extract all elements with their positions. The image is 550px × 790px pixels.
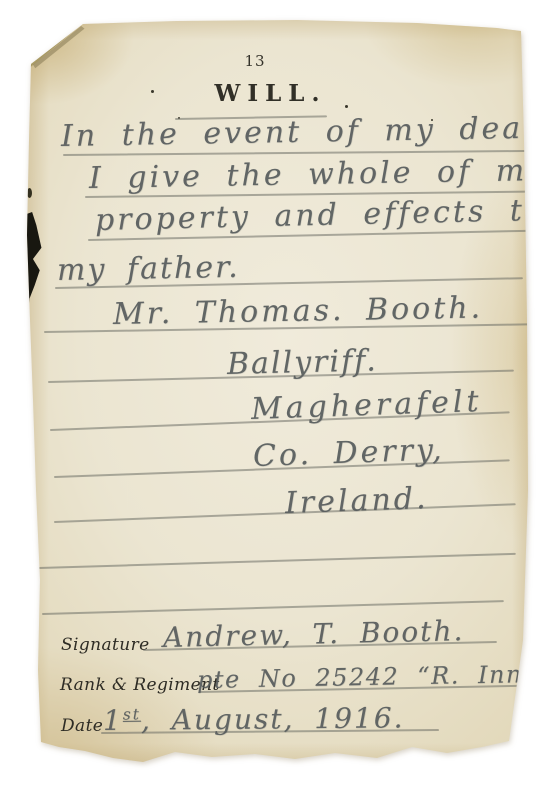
- scan-background: 13 WILL. In the event of my death I give…: [0, 0, 550, 790]
- signature-value: Andrew, T. Booth.: [163, 614, 465, 654]
- edge-nick: [28, 418, 32, 424]
- date-label: Date: [61, 716, 103, 736]
- date-value: 1st, August, 1916.: [103, 701, 405, 737]
- will-page-wrap: 13 WILL. In the event of my death I give…: [27, 20, 528, 767]
- will-line-9: Ireland.: [284, 481, 429, 521]
- rank-regiment-label: Rank & Regiment: [60, 675, 220, 695]
- will-line-5: Mr. Thomas. Booth.: [113, 291, 484, 332]
- ruled-line: [38, 553, 516, 569]
- will-line-4: my father.: [57, 250, 240, 288]
- signature-label: Signature: [61, 635, 150, 655]
- date-day: 1: [103, 704, 123, 737]
- will-line-6: Ballyriff.: [227, 343, 378, 382]
- edge-nick: [27, 188, 32, 198]
- ruled-line: [42, 600, 504, 615]
- will-page: 13 WILL. In the event of my death I give…: [27, 20, 528, 767]
- will-line-2: I give the whole of my: [89, 153, 548, 196]
- paper-tear: [27, 212, 44, 306]
- page-number: 13: [27, 52, 483, 70]
- will-line-8: Co. Derry,: [252, 432, 445, 474]
- date-day-suffix: st: [123, 705, 141, 723]
- date-rest: , August, 1916.: [141, 701, 405, 736]
- rank-regiment-value: pte No 25242 “R. Innist: [197, 660, 550, 694]
- will-line-7: Magherafelt: [250, 384, 483, 427]
- page-title: WILL.: [27, 80, 507, 107]
- will-line-1: In the event of my death: [61, 110, 550, 154]
